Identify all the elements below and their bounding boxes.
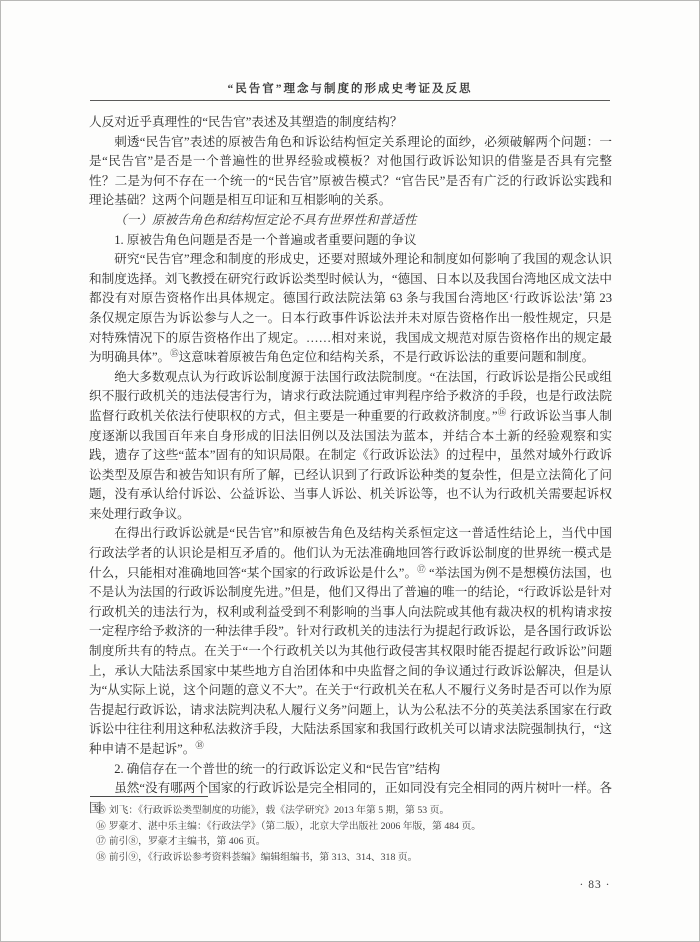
footnote: ⑰前引⑧，罗豪才主编书，第 406 页。	[96, 834, 612, 850]
numbered-subheading: 2. 确信存在一个普世的统一的行政诉讼定义和“民告官”结构	[89, 760, 612, 780]
header-rule	[90, 100, 610, 101]
footnote-text: 罗豪才、湛中乐主编：《行政法学》（第二版），北京大学出版社 2006 年版，第 …	[109, 821, 481, 832]
paragraph-continuation: 人反对近乎真理性的“民告官”表述及其塑造的制度结构？	[89, 113, 612, 133]
scanned-document-page: “民告官”理念与制度的形成史考证及反思 人反对近乎真理性的“民告官”表述及其塑造…	[0, 0, 700, 942]
footnote-number: ⑱	[96, 852, 106, 863]
paragraph: 研究“民告官”理念和制度的形成史，还要对照域外理论和制度如何影响了我国的观念认识…	[89, 250, 612, 368]
body-text: 人反对近乎真理性的“民告官”表述及其塑造的制度结构？刺透“民告官”表述的原被告角…	[89, 113, 612, 818]
footnote-marker: ⑰	[417, 563, 426, 573]
paragraph: 在得出行政诉讼就是“民告官”和原被告角色及结构关系恒定这一普适性结论上，当代中国…	[89, 524, 612, 759]
footnote-marker: ⑮	[170, 348, 179, 358]
footnote-text: 刘飞：《行政诉讼类型制度的功能》，载《法学研究》2013 年第 5 期，第 53…	[109, 805, 449, 816]
paragraph: 刺透“民告官”表述的原被告角色和诉讼结构恒定关系理论的面纱，必须破解两个问题：一…	[89, 133, 612, 211]
footnote-text: 前引⑨，《行政诉讼参考资料荟编》编辑组编书，第 313、314、318 页。	[109, 852, 418, 863]
paragraph: 绝大多数观点认为行政诉讼制度源于法国行政法院制度。“在法国，行政诉讼是指公民或组…	[89, 368, 612, 525]
footnote-marker: ⑱	[195, 740, 204, 750]
running-header-title: “民告官”理念与制度的形成史考证及反思	[90, 80, 610, 96]
footnote: ⑱前引⑨，《行政诉讼参考资料荟编》编辑组编书，第 313、314、318 页。	[96, 850, 612, 866]
footnote-number: ⑯	[96, 821, 106, 832]
page-number: · 83 ·	[540, 879, 650, 891]
footnote-marker: ⑯	[498, 407, 507, 417]
footnote-number: ⑰	[96, 836, 106, 847]
footnote-text: 前引⑧，罗豪才主编书，第 406 页。	[109, 836, 266, 847]
footnotes-section: ⑮刘飞：《行政诉讼类型制度的功能》，载《法学研究》2013 年第 5 期，第 5…	[96, 803, 612, 865]
footnote: ⑮刘飞：《行政诉讼类型制度的功能》，载《法学研究》2013 年第 5 期，第 5…	[96, 803, 612, 819]
footnote-separator	[90, 796, 208, 797]
section-heading: （一）原被告角色和结构恒定论不具有世界性和普适性	[89, 211, 612, 231]
footnote: ⑯罗豪才、湛中乐主编：《行政法学》（第二版），北京大学出版社 2006 年版，第…	[96, 819, 612, 835]
footnote-number: ⑮	[96, 805, 106, 816]
numbered-subheading: 1. 原被告角色问题是否是一个普遍或者重要问题的争议	[89, 231, 612, 251]
